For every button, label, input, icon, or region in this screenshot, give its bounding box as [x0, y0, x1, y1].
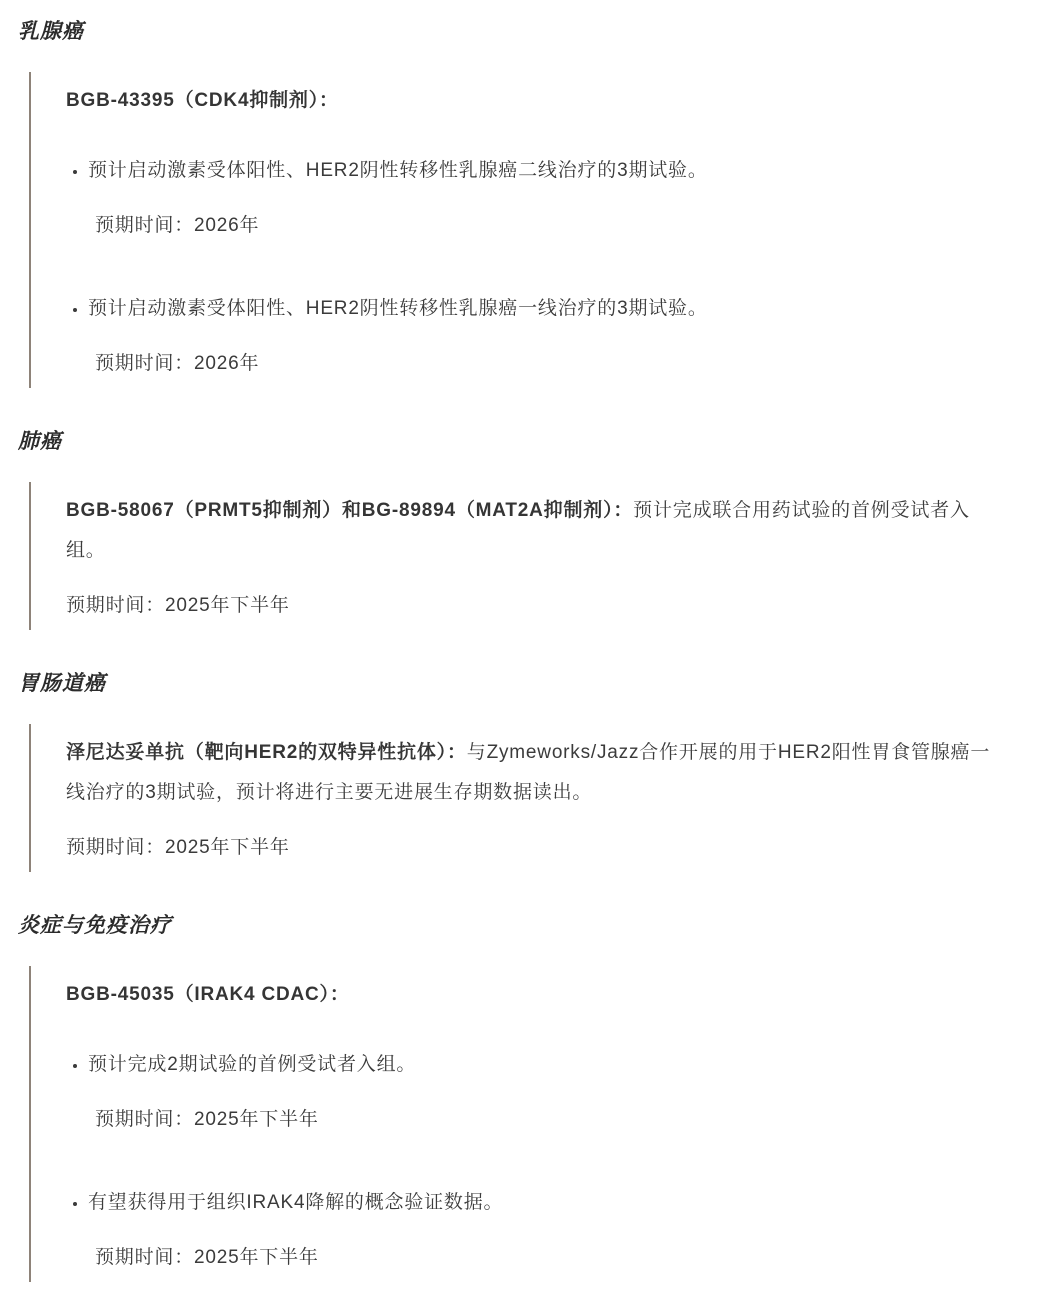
expected-timing: 预期时间：2025年下半年: [66, 828, 1006, 868]
expected-timing: 预期时间：2025年下半年: [95, 1238, 1006, 1278]
milestone-text: 预计启动激素受体阳性、HER2阴性转移性乳腺癌二线治疗的3期试验。: [88, 151, 1006, 191]
drug-name-bold: BGB-58067（PRMT5抑制剂）和BG-89894（MAT2A抑制剂）：: [66, 500, 633, 521]
milestone-item: 有望获得用于组织IRAK4降解的概念验证数据。 预期时间：2025年下半年: [88, 1183, 1006, 1278]
pipeline-blockquote: BGB-45035（IRAK4 CDAC）： 预计完成2期试验的首例受试者入组。…: [29, 966, 1046, 1282]
drug-lead-line: BGB-43395（CDK4抑制剂）：: [66, 81, 1006, 121]
milestone-list: 预计启动激素受体阳性、HER2阴性转移性乳腺癌二线治疗的3期试验。 预期时间：2…: [66, 151, 1006, 384]
section-heading: 乳腺癌: [18, 18, 1046, 46]
milestone-list: 预计完成2期试验的首例受试者入组。 预期时间：2025年下半年 有望获得用于组织…: [66, 1045, 1006, 1278]
document-page: 乳腺癌 BGB-43395（CDK4抑制剂）： 预计启动激素受体阳性、HER2阴…: [0, 0, 1064, 1302]
pipeline-blockquote: BGB-43395（CDK4抑制剂）： 预计启动激素受体阳性、HER2阴性转移性…: [29, 72, 1046, 388]
section-heading: 肺癌: [18, 428, 1046, 456]
drug-lead-line: BGB-58067（PRMT5抑制剂）和BG-89894（MAT2A抑制剂）：预…: [66, 491, 1006, 571]
expected-timing: 预期时间：2026年: [95, 206, 1006, 246]
expected-timing: 预期时间：2025年下半年: [95, 1100, 1006, 1140]
section-lung-cancer: 肺癌 BGB-58067（PRMT5抑制剂）和BG-89894（MAT2A抑制剂…: [18, 428, 1046, 630]
milestone-text: 有望获得用于组织IRAK4降解的概念验证数据。: [88, 1183, 1006, 1223]
milestone-item: 预计启动激素受体阳性、HER2阴性转移性乳腺癌二线治疗的3期试验。 预期时间：2…: [88, 151, 1006, 246]
milestone-text: 预计启动激素受体阳性、HER2阴性转移性乳腺癌一线治疗的3期试验。: [88, 289, 1006, 329]
drug-lead-line: BGB-45035（IRAK4 CDAC）：: [66, 975, 1006, 1015]
section-breast-cancer: 乳腺癌 BGB-43395（CDK4抑制剂）： 预计启动激素受体阳性、HER2阴…: [18, 18, 1046, 388]
drug-lead-line: 泽尼达妥单抗（靶向HER2的双特异性抗体）：与Zymeworks/Jazz合作开…: [66, 733, 1006, 813]
drug-name-bold: 泽尼达妥单抗（靶向HER2的双特异性抗体）：: [66, 742, 467, 763]
pipeline-blockquote: 泽尼达妥单抗（靶向HER2的双特异性抗体）：与Zymeworks/Jazz合作开…: [29, 724, 1046, 872]
section-heading: 胃肠道癌: [18, 670, 1046, 698]
section-gi-cancer: 胃肠道癌 泽尼达妥单抗（靶向HER2的双特异性抗体）：与Zymeworks/Ja…: [18, 670, 1046, 872]
milestone-item: 预计启动激素受体阳性、HER2阴性转移性乳腺癌一线治疗的3期试验。 预期时间：2…: [88, 289, 1006, 384]
milestone-text: 预计完成2期试验的首例受试者入组。: [88, 1045, 1006, 1085]
section-heading: 炎症与免疫治疗: [18, 912, 1046, 940]
expected-timing: 预期时间：2026年: [95, 344, 1006, 384]
section-inflammation-immunology: 炎症与免疫治疗 BGB-45035（IRAK4 CDAC）： 预计完成2期试验的…: [18, 912, 1046, 1282]
milestone-item: 预计完成2期试验的首例受试者入组。 预期时间：2025年下半年: [88, 1045, 1006, 1140]
pipeline-blockquote: BGB-58067（PRMT5抑制剂）和BG-89894（MAT2A抑制剂）：预…: [29, 482, 1046, 630]
expected-timing: 预期时间：2025年下半年: [66, 586, 1006, 626]
drug-name-bold: BGB-45035（IRAK4 CDAC）：: [66, 984, 350, 1005]
drug-name-bold: BGB-43395（CDK4抑制剂）：: [66, 90, 339, 111]
